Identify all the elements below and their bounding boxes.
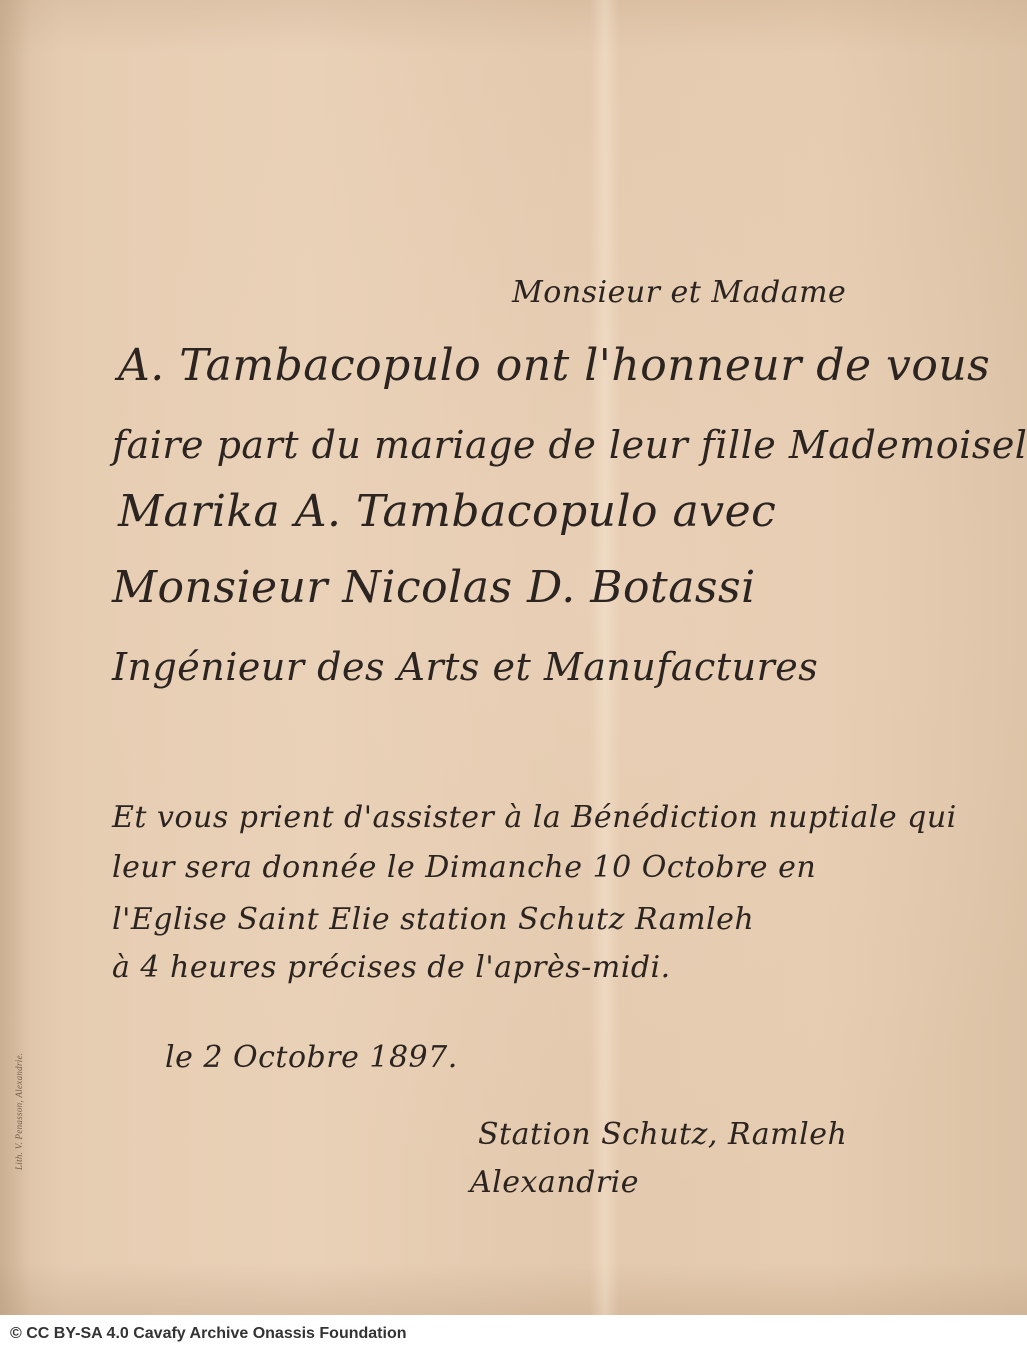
groom-title-line: Ingénieur des Arts et Manufactures bbox=[112, 645, 818, 689]
address-line-1: Station Schutz, Ramleh bbox=[478, 1117, 847, 1152]
document-page: Monsieur et Madame A. Tambacopulo ont l'… bbox=[0, 0, 1027, 1315]
time-line: à 4 heures précises de l'après-midi. bbox=[112, 950, 671, 985]
bride-line: Marika A. Tambacopulo avec bbox=[118, 486, 776, 537]
groom-line: Monsieur Nicolas D. Botassi bbox=[112, 562, 756, 613]
announcement-line: faire part du mariage de leur fille Made… bbox=[112, 423, 1027, 467]
printer-imprint: Lith. V. Penasson, Alexandrie. bbox=[14, 1053, 24, 1170]
address-line-2: Alexandrie bbox=[470, 1165, 639, 1200]
ceremony-date-line: leur sera donnée le Dimanche 10 Octobre … bbox=[112, 850, 816, 885]
salutation-line: Monsieur et Madame bbox=[512, 275, 846, 310]
copyright-credit: © CC BY-SA 4.0 Cavafy Archive Onassis Fo… bbox=[10, 1325, 406, 1343]
date-line: le 2 Octobre 1897. bbox=[165, 1040, 458, 1075]
parents-line: A. Tambacopulo ont l'honneur de vous bbox=[118, 340, 990, 391]
invitation-line: Et vous prient d'assister à la Bénédicti… bbox=[112, 800, 957, 835]
church-line: l'Eglise Saint Elie station Schutz Ramle… bbox=[112, 902, 754, 937]
